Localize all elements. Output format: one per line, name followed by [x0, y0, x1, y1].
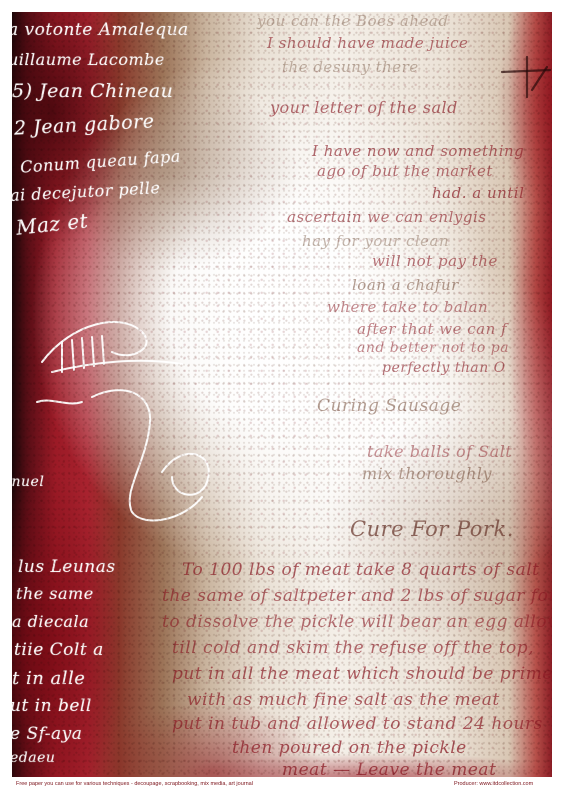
script-line: tiie Colt a — [14, 640, 104, 660]
script-line: ut in bell — [12, 696, 92, 716]
script-line: I should have made juice — [267, 34, 468, 52]
script-line: a diecala — [12, 612, 89, 631]
script-line: nnuel — [12, 474, 44, 490]
white-flourish-ornament — [32, 302, 272, 532]
script-line: lus Leunas — [18, 557, 116, 577]
recipe-line: then poured on the pickle — [232, 738, 467, 758]
script-line: ai decejutor pelle — [12, 178, 161, 205]
recipe-line: To 100 lbs of meat take 8 quarts of salt — [182, 560, 540, 580]
script-line: edaeu — [12, 750, 55, 766]
recipe-line: the same of saltpeter and 2 lbs of sugar… — [162, 586, 552, 606]
script-line: a votonte Amalequa — [12, 20, 189, 40]
script-line: the desuny there — [282, 58, 419, 76]
script-line: Conum queau fapa — [20, 146, 182, 176]
footer: Free paper you can use for various techn… — [0, 779, 565, 791]
script-line: mix thoroughly — [362, 464, 492, 483]
script-line: take balls of Salt — [367, 442, 512, 461]
decorative-paper-artwork: a votonte Amalequa uillaume Lacombe 5) J… — [12, 12, 552, 777]
script-line: uillaume Lacombe — [12, 50, 165, 69]
script-line: e Sf-aya — [12, 724, 82, 744]
script-line: t in alle — [12, 668, 85, 689]
recipe-heading: Curing Sausage — [317, 396, 461, 416]
script-line: 5) Jean Chineau — [12, 80, 173, 102]
script-line: 2 Jean gabore — [14, 110, 155, 139]
script-line: loan a chafur — [352, 276, 459, 294]
script-line: will not pay the — [372, 252, 498, 270]
script-line: ascertain we can enlygis — [287, 208, 486, 226]
recipe-line: with as much fine salt as the meat — [187, 690, 500, 710]
script-line: the same — [16, 584, 94, 603]
script-line: perfectly than O — [382, 360, 506, 376]
script-line: and better not to pa — [357, 340, 509, 356]
footer-producer-credit: Producer: www.itdcollection.com — [454, 781, 533, 787]
recipe-line: put in tub and allowed to stand 24 hours — [172, 714, 543, 734]
script-line: your letter of the sald — [270, 98, 458, 117]
script-line: you can the Boes ahead — [257, 12, 448, 30]
script-line: where take to balan — [327, 298, 488, 316]
ink-stroke-accents — [432, 12, 552, 122]
script-line: I have now and something — [312, 142, 524, 160]
recipe-line: put in all the meat which should be prim… — [172, 664, 552, 684]
recipe-line: to dissolve the pickle will bear an egg … — [162, 612, 552, 632]
recipe-title: Cure For Pork. — [350, 517, 514, 541]
script-line: Maz et — [15, 208, 89, 239]
script-line: ago of but the market — [317, 162, 493, 180]
script-line: had. a until — [432, 184, 524, 202]
recipe-line: till cold and skim the refuse off the to… — [172, 638, 534, 658]
script-line: hay for your clean — [302, 232, 449, 250]
footer-usage-note: Free paper you can use for various techn… — [16, 781, 253, 787]
script-line: after that we can f — [357, 320, 507, 338]
recipe-line: meat — Leave the meat — [282, 760, 496, 777]
